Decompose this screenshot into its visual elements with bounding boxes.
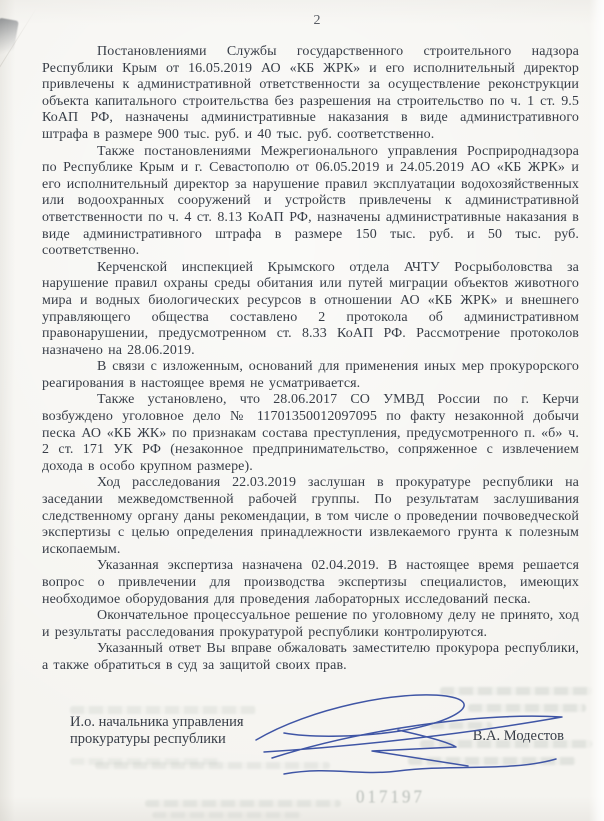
paragraph: Ход расследования 22.03.2019 заслушан в …	[42, 475, 579, 558]
signer-title-line1: И.о. начальника управления	[70, 714, 244, 731]
paragraph: Также постановлениями Межрегионального у…	[42, 144, 579, 260]
scanned-document-page: 2 Постановлениями Службы государственног…	[0, 0, 604, 821]
bleed-through-line	[70, 706, 256, 714]
paragraph: Керченской инспекцией Крымского отдела А…	[42, 260, 579, 360]
paragraph: Постановлениями Службы государственного …	[42, 44, 579, 144]
signer-title: И.о. начальника управления прокуратуры р…	[70, 714, 244, 747]
bleed-through-line	[468, 704, 586, 712]
letter-body: Постановлениями Службы государственного …	[42, 44, 579, 675]
bleed-through-line	[440, 687, 592, 695]
paragraph: Также установлено, что 28.06.2017 СО УМВ…	[42, 392, 579, 475]
bleed-through-number: 017197	[356, 787, 425, 808]
signer-title-line2: прокуратуры республики	[70, 731, 244, 748]
bleed-through-line	[408, 757, 576, 765]
bleed-through-line	[70, 758, 220, 765]
bleed-through-line	[145, 800, 341, 807]
signer-name: В.А. Модестов	[473, 728, 564, 745]
signature-block: И.о. начальника управления прокуратуры р…	[70, 714, 564, 747]
paragraph: Указанная экспертиза назначена 02.04.201…	[42, 558, 579, 608]
paragraph: Окончательное процессуальное решение по …	[42, 608, 579, 641]
paragraph: В связи с изложенным, оснований для прим…	[42, 359, 579, 392]
paragraph: Указанный ответ Вы вправе обжаловать зам…	[42, 641, 579, 674]
bleed-through-line	[152, 812, 302, 818]
page-number: 2	[15, 13, 604, 29]
